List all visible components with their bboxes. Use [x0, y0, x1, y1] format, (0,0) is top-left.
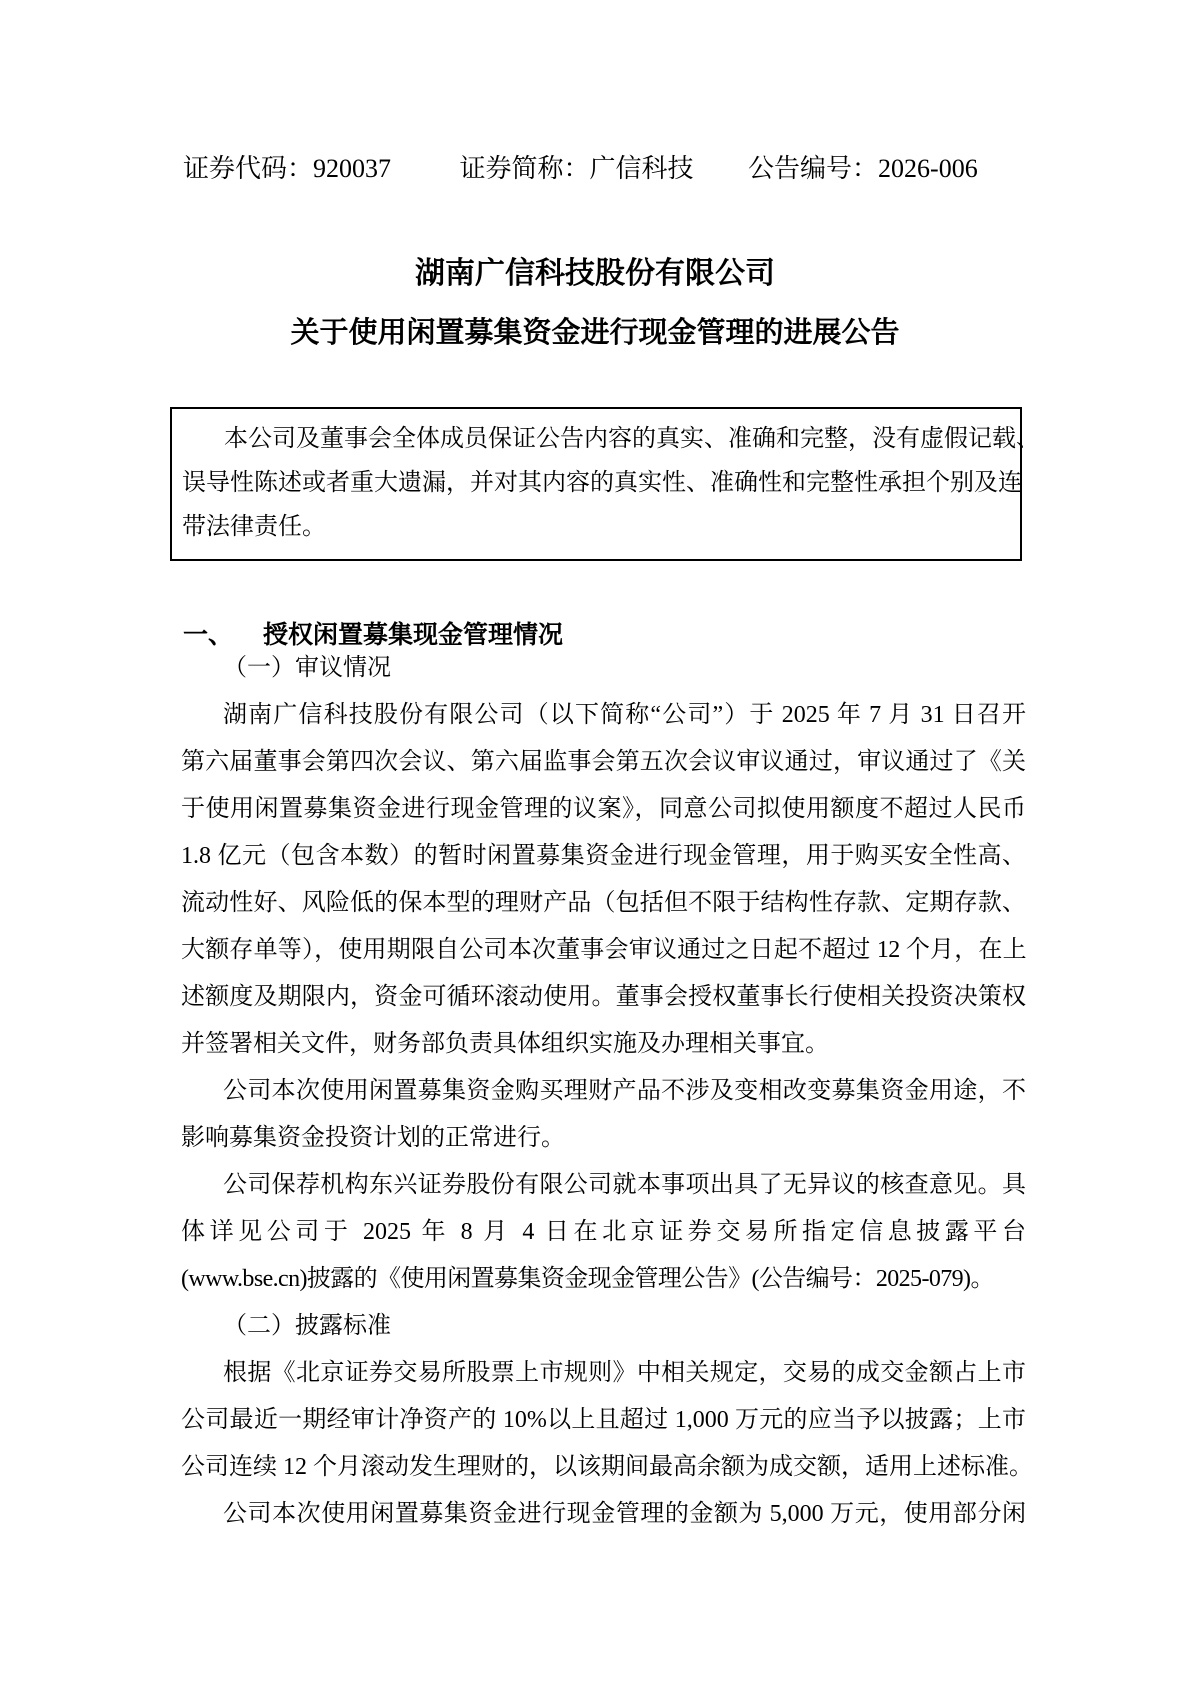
disclaimer-line: 带法律责任。: [182, 505, 1010, 549]
document-page: 证券代码：920037 证券简称：广信科技 公告编号：2026-006 湖南广信…: [0, 0, 1190, 1683]
body-line: 公司连续 12 个月滚动发生理财的，以该期间最高余额为成交额，适用上述标准。: [181, 1444, 1026, 1491]
disclaimer-line: 本公司及董事会全体成员保证公告内容的真实、准确和完整，没有虚假记载、: [182, 417, 1010, 461]
body-line: 公司最近一期经审计净资产的 10%以上且超过 1,000 万元的应当予以披露；上…: [181, 1397, 1026, 1444]
subheading-disclosure: （二）披露标准: [181, 1303, 1026, 1350]
body-line: 根据《北京证券交易所股票上市规则》中相关规定，交易的成交金额占上市: [181, 1350, 1026, 1397]
body-line: 公司保荐机构东兴证券股份有限公司就本事项出具了无异议的核查意见。具: [181, 1162, 1026, 1209]
announcement-number: 公告编号：2026-006: [748, 154, 978, 183]
body-line: 并签署相关文件，财务部负责具体组织实施及办理相关事宜。: [181, 1021, 1026, 1068]
body-line: 述额度及期限内，资金可循环滚动使用。董事会授权董事长行使相关投资决策权: [181, 974, 1026, 1021]
stock-code: 证券代码：920037: [183, 154, 391, 183]
body-line: 体详见公司于 2025 年 8 月 4 日在北京证券交易所指定信息披露平台: [181, 1209, 1026, 1256]
body-line: 于使用闲置募集资金进行现金管理的议案》，同意公司拟使用额度不超过人民币: [181, 786, 1026, 833]
company-title: 湖南广信科技股份有限公司: [0, 248, 1190, 292]
document-body: （一）审议情况 湖南广信科技股份有限公司（以下简称“公司”）于 2025 年 7…: [181, 645, 1026, 1538]
announcement-title: 关于使用闲置募集资金进行现金管理的进展公告: [0, 310, 1190, 351]
body-line: 1.8 亿元（包含本数）的暂时闲置募集资金进行现金管理，用于购买安全性高、: [181, 833, 1026, 880]
body-line: 公司本次使用闲置募集资金进行现金管理的金额为 5,000 万元，使用部分闲: [181, 1491, 1026, 1538]
body-line: 公司本次使用闲置募集资金购买理财产品不涉及变相改变募集资金用途，不: [181, 1068, 1026, 1115]
body-line: 大额存单等），使用期限自公司本次董事会审议通过之日起不超过 12 个月，在上: [181, 927, 1026, 974]
disclaimer-line: 误导性陈述或者重大遗漏，并对其内容的真实性、准确性和完整性承担个别及连: [182, 461, 1010, 505]
stock-short-name: 证券简称：广信科技: [460, 154, 694, 183]
body-line: (www.bse.cn)披露的《使用闲置募集资金现金管理公告》(公告编号：202…: [181, 1256, 1026, 1303]
document-header: 证券代码：920037 证券简称：广信科技 公告编号：2026-006: [183, 152, 1043, 186]
body-line: 湖南广信科技股份有限公司（以下简称“公司”）于 2025 年 7 月 31 日召…: [181, 692, 1026, 739]
body-line: 第六届董事会第四次会议、第六届监事会第五次会议审议通过，审议通过了《关: [181, 739, 1026, 786]
subheading-review: （一）审议情况: [181, 645, 1026, 692]
body-line: 流动性好、风险低的保本型的理财产品（包括但不限于结构性存款、定期存款、: [181, 880, 1026, 927]
disclaimer-box: 本公司及董事会全体成员保证公告内容的真实、准确和完整，没有虚假记载、 误导性陈述…: [170, 407, 1022, 561]
body-line: 影响募集资金投资计划的正常进行。: [181, 1115, 1026, 1162]
